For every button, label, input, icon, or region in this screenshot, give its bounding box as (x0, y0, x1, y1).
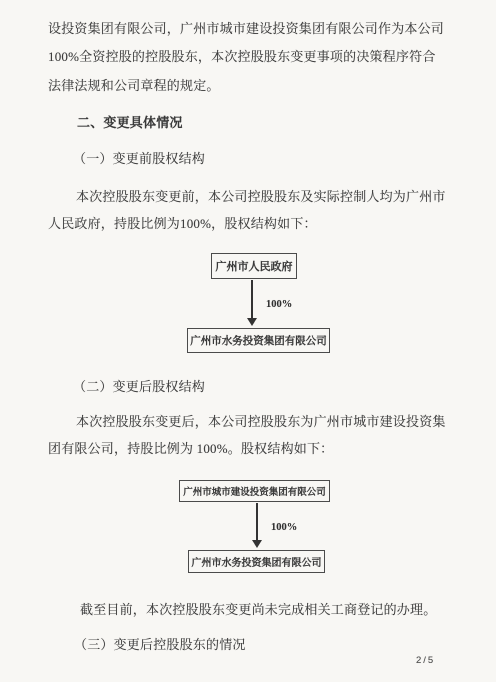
parent-company-box: 广州市城市建设投资集团有限公司 (179, 480, 330, 502)
subheading-pre-change-structure: （一）变更前股权结构 (73, 151, 205, 167)
intro-line-2: 100%全资控股的控股股东，本次控股股东变更事项的决策程序符合 (48, 49, 436, 65)
subsidiary-company-box: 广州市水务投资集团有限公司 (187, 328, 330, 353)
page-number: 2/5 (416, 655, 435, 666)
arrow-head-down-icon (252, 540, 262, 548)
ownership-arrow-line (256, 503, 258, 541)
subsidiary-company-box: 广州市水务投资集团有限公司 (188, 550, 325, 573)
ownership-percentage-label: 100% (266, 299, 292, 310)
ownership-arrow-line (251, 280, 253, 319)
announcement-page: 设投资集团有限公司，广州市城市建设投资集团有限公司作为本公司 100%全资控股的… (0, 0, 496, 682)
subheading-post-change-structure: （二）变更后股权结构 (73, 379, 205, 395)
intro-line-3: 法律法规和公司章程的规定。 (48, 78, 220, 94)
pre-change-line-2: 人民政府，持股比例为100%，股权结构如下： (48, 216, 317, 232)
section-heading-change-details: 二、变更具体情况 (77, 115, 183, 131)
registration-status-line: 截至目前，本次控股股东变更尚未完成相关工商登记的办理。 (80, 602, 436, 618)
pre-change-line-1: 本次控股股东变更前，本公司控股股东及实际控制人均为广州市 (76, 189, 446, 205)
intro-line-1: 设投资集团有限公司，广州市城市建设投资集团有限公司作为本公司 (48, 21, 444, 37)
post-change-line-2: 团有限公司，持股比例为 100%。股权结构如下： (48, 441, 333, 457)
ownership-percentage-label: 100% (271, 522, 297, 533)
parent-company-box: 广州市人民政府 (211, 253, 297, 279)
subheading-post-change-shareholder-info: （三）变更后控股股东的情况 (74, 637, 246, 653)
post-change-line-1: 本次控股股东变更后，本公司控股股东为广州市城市建设投资集 (76, 414, 446, 430)
arrow-head-down-icon (247, 318, 257, 326)
